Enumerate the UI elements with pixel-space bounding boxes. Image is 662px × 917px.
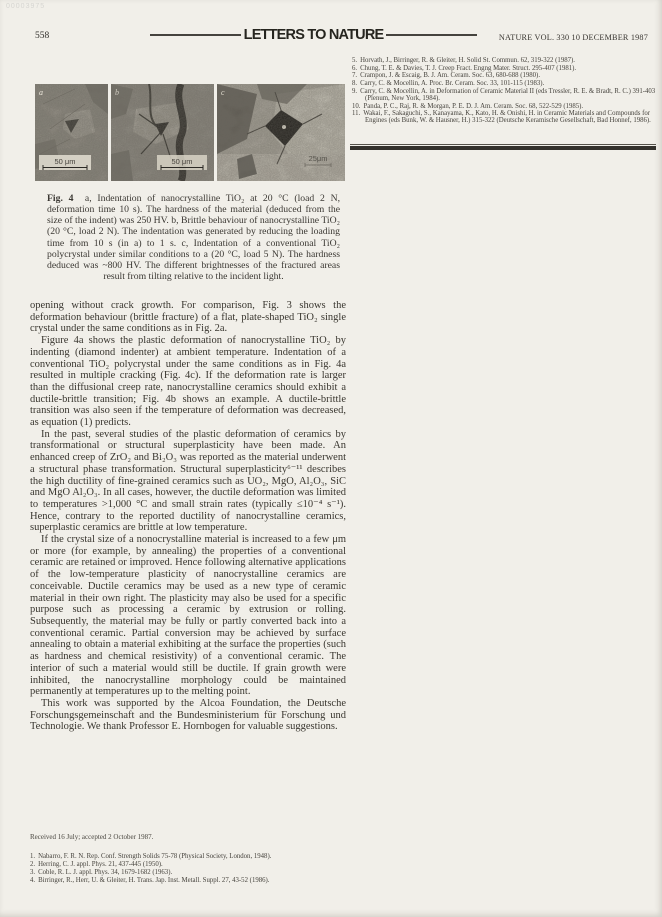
micrograph-panel-a: a 50 μm — [35, 84, 108, 181]
reference-number: 3. — [30, 869, 35, 876]
reference-item: 2.Herring, C. J. appl. Phys. 21, 437-445… — [30, 861, 348, 868]
reference-number: 1. — [30, 853, 35, 860]
reference-number: 8. — [352, 80, 357, 87]
figure-4-micrographs: a 50 μm b 50 μm — [35, 84, 345, 181]
reference-item: 9.Carry, C. & Mocellin, A. in Deformatio… — [352, 88, 656, 102]
reference-text: Wakai, F., Sakaguchi, S., Kanayama, K., … — [363, 110, 651, 124]
reference-number: 9. — [352, 88, 357, 95]
reference-item: 1.Nabarro, F. R. N. Rep. Conf. Strength … — [30, 853, 348, 860]
reference-number: 7. — [352, 72, 357, 79]
section-title: LETTERS TO NATURE — [241, 27, 387, 43]
paragraph: In the past, several studies of the plas… — [30, 429, 346, 534]
paragraph: Figure 4a shows the plastic deformation … — [30, 335, 346, 429]
panel-label-b: b — [115, 88, 119, 97]
reference-number: 10. — [352, 103, 361, 110]
scan-id-watermark: 00003975 — [6, 3, 45, 10]
reference-item: 7.Crampon, J. & Escaig, B. J. Am. Ceram.… — [352, 72, 656, 79]
figure-caption-text: a, Indentation of nanocrystalline TiO₂ a… — [47, 193, 340, 282]
reference-list-left: 1.Nabarro, F. R. N. Rep. Conf. Strength … — [30, 853, 348, 885]
reference-number: 6. — [352, 65, 357, 72]
reference-list-right: 5.Horvath, J., Birringer, R. & Gleiter, … — [352, 57, 656, 125]
reference-number: 11. — [352, 110, 360, 117]
reference-number: 4. — [30, 877, 35, 884]
reference-text: Birringer, R., Herr, U. & Gleiter, H. Tr… — [38, 877, 269, 884]
page-number: 558 — [35, 31, 49, 41]
article-body: opening without crack growth. For compar… — [30, 300, 346, 733]
reference-item: 8.Carry, C. & Mocellin, A. Proc. Br. Cer… — [352, 80, 656, 87]
reference-text: Coble, R. L. J. appl. Phys. 34, 1679-168… — [38, 869, 172, 876]
header-rule-left — [150, 34, 241, 35]
scale-bar-label-c: 25μm — [309, 154, 328, 163]
micrograph-panel-b: b 50 μm — [111, 84, 214, 181]
end-of-article-rule — [350, 146, 656, 150]
reference-text: Chung, T. E. & Davies, T. J. Creep Fract… — [360, 65, 576, 72]
received-note: Received 16 July; accepted 2 October 198… — [30, 833, 153, 841]
micrograph-panel-c: c 25μm — [217, 84, 345, 181]
reference-item: 3.Coble, R. L. J. appl. Phys. 34, 1679-1… — [30, 869, 348, 876]
section-header: LETTERS TO NATURE — [150, 27, 477, 43]
reference-item: 4.Birringer, R., Herr, U. & Gleiter, H. … — [30, 877, 348, 884]
reference-item: 6.Chung, T. E. & Davies, T. J. Creep Fra… — [352, 65, 656, 72]
scale-bar-label-a: 50 μm — [55, 157, 76, 166]
scale-bar-label-b: 50 μm — [172, 157, 193, 166]
figure-caption-label: Fig. 4 — [47, 193, 73, 204]
figure-4-caption: Fig. 4 a, Indentation of nanocrystalline… — [47, 193, 340, 282]
reference-text: Herring, C. J. appl. Phys. 21, 437-445 (… — [38, 861, 163, 868]
reference-text: Carry, C. & Mocellin, A. in Deformation … — [360, 88, 655, 102]
reference-number: 5. — [352, 57, 357, 64]
reference-text: Horvath, J., Birringer, R. & Gleiter, H.… — [360, 57, 575, 64]
reference-text: Panda, P. C., Raj, R. & Morgan, P. E. D.… — [364, 103, 584, 110]
reference-item: 10.Panda, P. C., Raj, R. & Morgan, P. E.… — [352, 103, 656, 110]
paragraph: If the crystal size of a nonocrystalline… — [30, 534, 346, 698]
panel-label-c: c — [221, 88, 225, 97]
journal-volume-date: NATURE VOL. 330 10 DECEMBER 1987 — [499, 33, 648, 42]
reference-text: Nabarro, F. R. N. Rep. Conf. Strength So… — [38, 853, 271, 860]
reference-text: Crampon, J. & Escaig, B. J. Am. Ceram. S… — [360, 72, 540, 79]
reference-item: 11.Wakai, F., Sakaguchi, S., Kanayama, K… — [352, 110, 656, 124]
reference-item: 5.Horvath, J., Birringer, R. & Gleiter, … — [352, 57, 656, 64]
paragraph: This work was supported by the Alcoa Fou… — [30, 698, 346, 733]
panel-label-a: a — [39, 88, 43, 97]
reference-text: Carry, C. & Mocellin, A. Proc. Br. Ceram… — [360, 80, 544, 87]
reference-number: 2. — [30, 861, 35, 868]
header-rule-right — [386, 34, 477, 35]
paragraph: opening without crack growth. For compar… — [30, 300, 346, 335]
scanned-journal-page: 00003975 558 LETTERS TO NATURE NATURE VO… — [0, 0, 662, 917]
